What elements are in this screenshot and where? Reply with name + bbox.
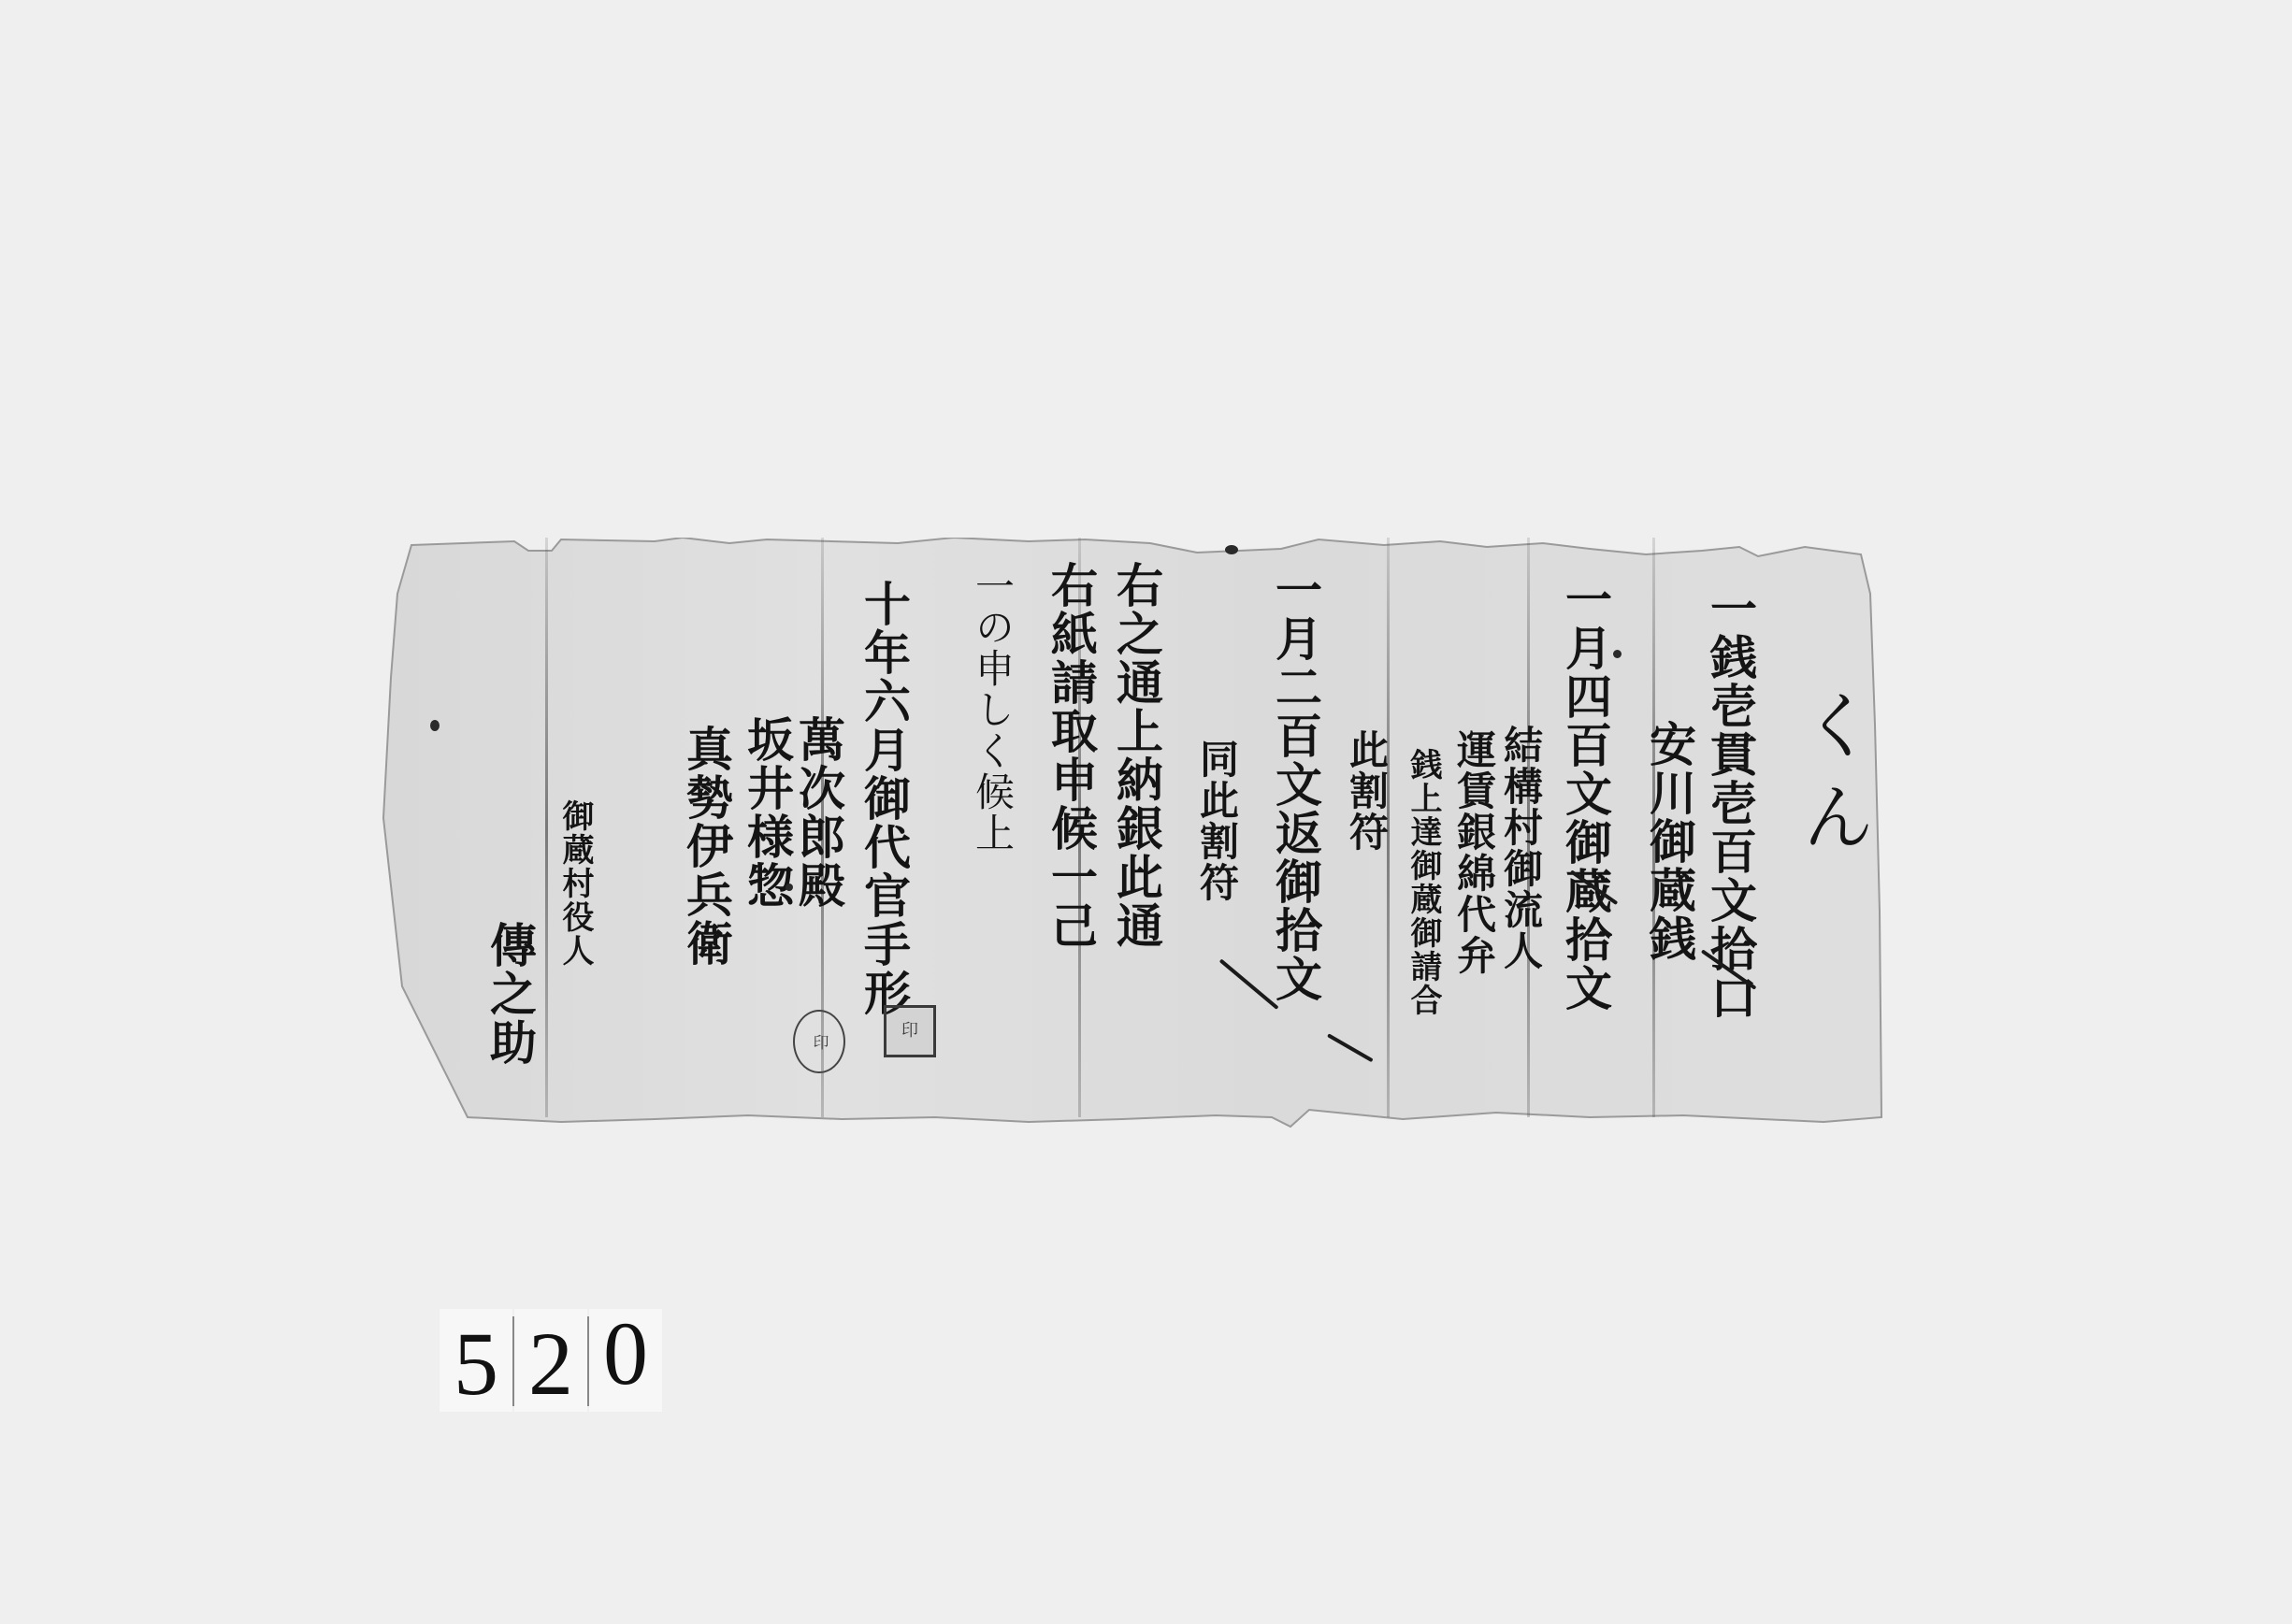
document-paper: くん 一銭壱貫壱百文拾口 安川御蔵銭 一月四百文御蔵拾文 結構村御流人 運賃銀綿… [374, 538, 1898, 1131]
catalog-digit: 5 [440, 1309, 512, 1412]
text-column: 運賃銀綿代弁 [1454, 729, 1493, 976]
catalog-digit: 2 [514, 1309, 587, 1412]
ink-speck [1613, 650, 1622, 658]
ink-speck [1225, 545, 1238, 554]
square-seal-stamp: 印 [884, 1005, 936, 1057]
addressee-column: 真勢伊兵衛 [683, 725, 729, 968]
catalog-number-label: 5 2 0 [440, 1309, 662, 1412]
text-column: 一月四百文御蔵拾文 [1562, 575, 1608, 1013]
addressee-column: 萬次郎殿 [795, 715, 842, 910]
heading-column: くん [1795, 687, 1868, 870]
scan-background: くん 一銭壱貫壱百文拾口 安川御蔵銭 一月四百文御蔵拾文 結構村御流人 運賃銀綿… [0, 0, 2292, 1624]
catalog-digit: 0 [589, 1309, 662, 1412]
round-seal-stamp: 印 [793, 1010, 845, 1073]
text-column: 結構村御流人 [1501, 725, 1540, 971]
ink-speck [430, 720, 440, 731]
text-column: 此割符 [1347, 729, 1386, 853]
signature-column: 傳之助 [486, 921, 533, 1067]
date-column: 十年六月御代官手形 [860, 580, 907, 1017]
text-column: 右之通上納銀此通 [1113, 561, 1160, 950]
text-column: 同此割符 [1197, 739, 1236, 903]
text-column: 右紙請取申候一己 [1047, 561, 1094, 950]
text-column: 一月二百文返御拾文 [1272, 566, 1319, 1003]
text-column: 安川御蔵銭 [1646, 720, 1693, 963]
text-column: 銭上達御蔵御請合 [1407, 748, 1439, 1017]
ink-speck [786, 884, 793, 891]
fold-line [545, 538, 548, 1117]
text-column: 一の申しく候上 [973, 566, 1012, 854]
signatory-column: 御蔵村役人 [559, 799, 591, 968]
addressee-column: 坂井様惣 [743, 715, 790, 910]
